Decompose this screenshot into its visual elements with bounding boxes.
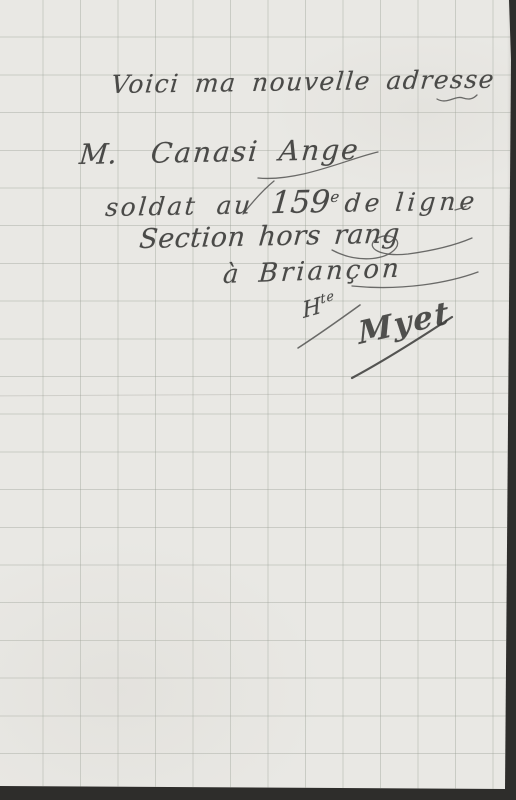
recipient-name: Canasi Ange <box>150 133 362 170</box>
regiment-ordinal: e <box>330 188 340 206</box>
ink-flourishes <box>0 0 516 800</box>
unit-line: Section hors rang <box>138 218 401 255</box>
paper-sheet: Voici ma nouvelle adresse M.Canasi Ange … <box>0 0 516 800</box>
heading-line: Voici ma nouvelle adresse <box>110 65 496 99</box>
regiment-suffix: de ligne <box>343 186 479 217</box>
signature-abbreviation: Hte <box>301 288 337 324</box>
place-line: à Briançon <box>222 254 403 290</box>
recipient-line: M.Canasi Ange <box>78 133 361 171</box>
regiment-prefix: soldat au <box>104 190 254 222</box>
heading-tail-flourish <box>437 95 477 101</box>
recipient-initial: M. <box>78 137 118 171</box>
regiment-line: soldat au159ede ligne <box>104 181 480 224</box>
signature-name: Myet <box>357 295 452 352</box>
paper-crease <box>0 393 516 397</box>
signature-abbr-superscript: te <box>320 288 336 307</box>
regiment-number: 159 <box>269 184 331 221</box>
